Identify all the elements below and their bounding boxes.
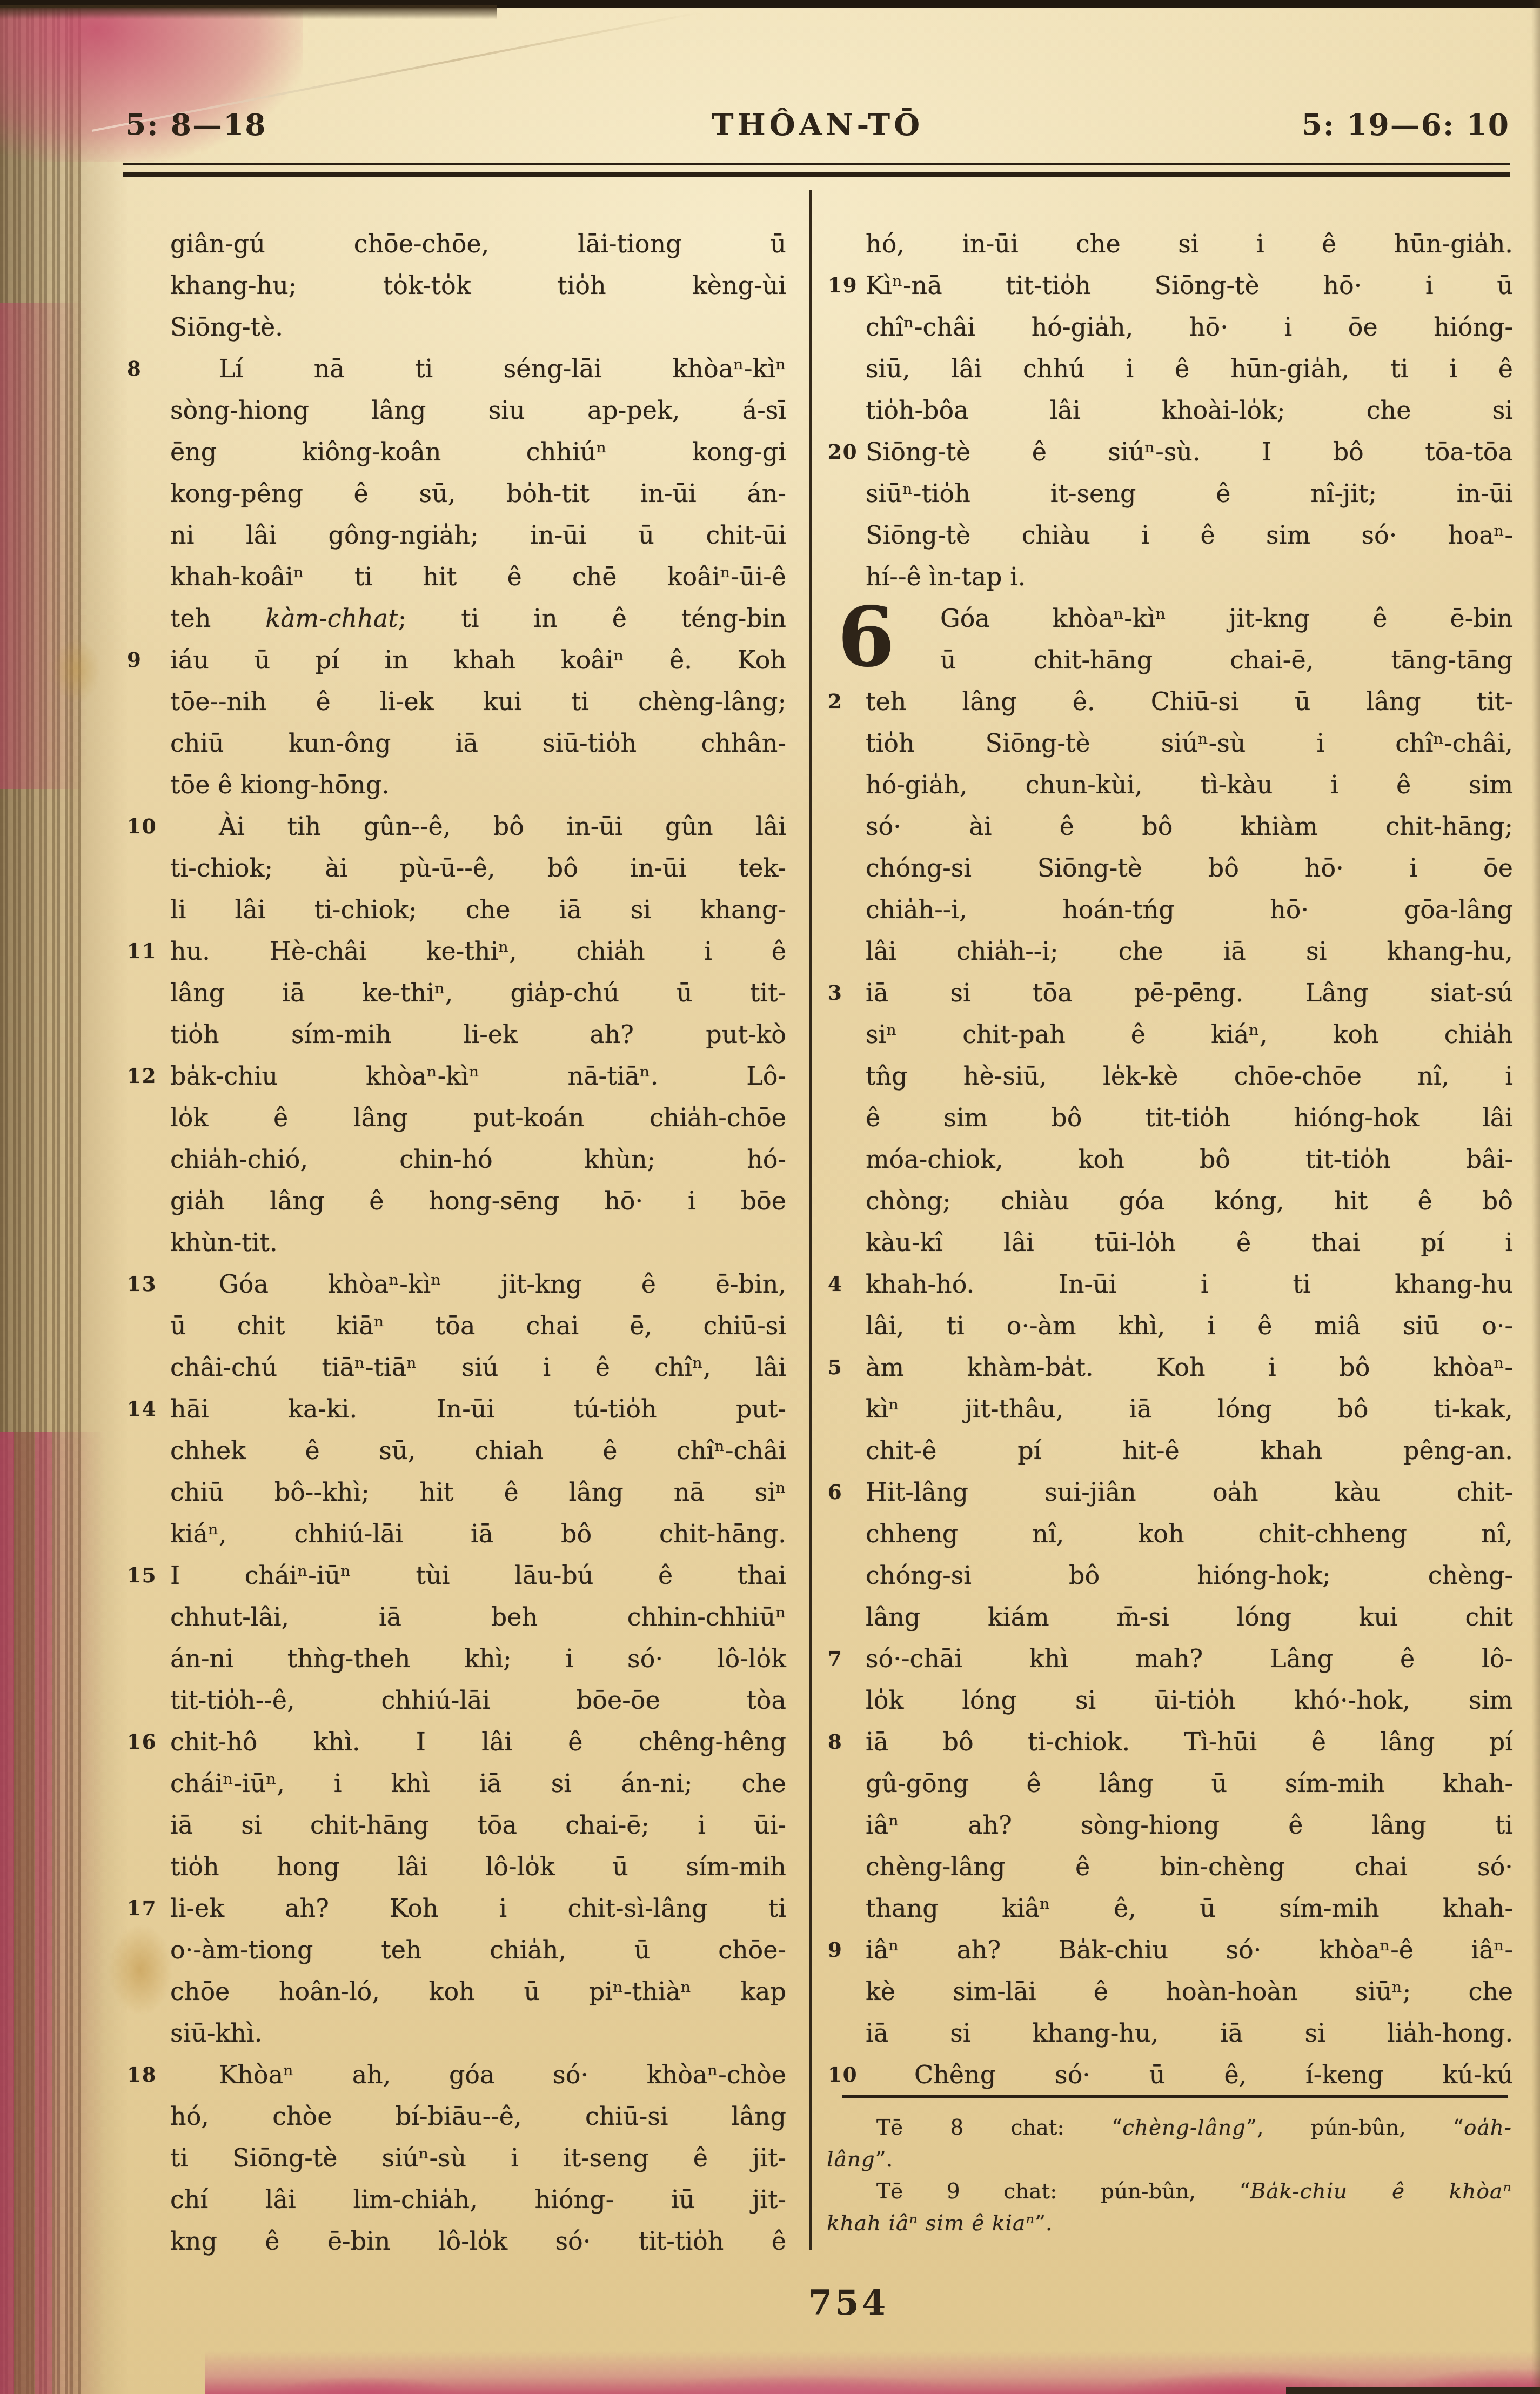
verse-text: lo̍k lóng si ūi-tio̍h khó·-hok, sim [866, 1686, 1513, 1715]
text-line: kàu-kî lâi tūi-lo̍h ê thai pí i [866, 1222, 1513, 1263]
text-line: ū chit kiāⁿ tōa chai ē, chiū-si [170, 1305, 786, 1347]
verse-text: Lí nā ti séng-lāi khòaⁿ-kìⁿ [219, 354, 786, 383]
verse-text: ”. [1035, 2211, 1052, 2236]
verse-text: Siōng-tè chiàu i ê sim só· hoaⁿ- [866, 520, 1513, 550]
verse-text: Chêng só· ū ê, í-keng kú-kú [914, 2060, 1513, 2089]
verse-text: chhek ê sū, chiah ê chîⁿ-châi [170, 1436, 786, 1465]
text-line: cháiⁿ-iūⁿ, i khì iā si án-ni; che [170, 1763, 786, 1804]
verse-text: Kìⁿ-nā tit-tio̍h Siōng-tè hō· i ū [866, 271, 1513, 300]
text-line: tōe--nih ê li-ek kui ti chèng-lâng; [170, 681, 786, 723]
text-line: tio̍h Siōng-tè siúⁿ-sù i chîⁿ-châi, [866, 723, 1513, 764]
verse-text: ū chit-hāng chai-ē, tāng-tāng [940, 645, 1513, 674]
verse-text: àm khàm-ba̍t. Koh i bô khòaⁿ- [866, 1353, 1513, 1382]
text-line: kong-pêng ê sū, bo̍h-tit in-ūi án- [170, 473, 786, 514]
footnote-separator-rule [842, 2095, 1508, 2098]
verse-text: Tē 8 chat: “ [876, 2116, 1122, 2140]
text-line: châi-chú tiāⁿ-tiāⁿ siú i ê chîⁿ, lâi [170, 1347, 786, 1388]
verse-number: 10 [828, 2055, 862, 2094]
verse-number: 19 [828, 266, 862, 305]
verse-text: chia̍h--i, hoán-tńg hō· gōa-lâng [866, 895, 1513, 924]
text-line: Tē 9 chat: pún-bûn, “Ba̍k-chiu ê khòaⁿ [827, 2176, 1512, 2208]
verse-text: tio̍h hong lâi lô-lo̍k ū sím-mih [170, 1852, 786, 1881]
text-line: 6Góa khòaⁿ-kìⁿ jit-kng ê ē-bin [866, 598, 1513, 639]
text-line: 18Khòaⁿ ah, góa só· khòaⁿ-chòe [170, 2054, 786, 2096]
verse-text: Siōng-tè ê siúⁿ-sù. I bô tōa-tōa [866, 437, 1513, 466]
verse-text: iā si khang-hu, iā si lia̍h-hong. [866, 2018, 1513, 2048]
text-line: thang kiâⁿ ê, ū sím-mih khah- [866, 1888, 1513, 1929]
text-line: chit-ê pí hit-ê khah pêng-an. [866, 1430, 1513, 1472]
verse-text: chóng-si Siōng-tè bô hō· i ōe [866, 853, 1513, 882]
verse-text: giân-gú chōe-chōe, lāi-tiong ū [170, 229, 786, 258]
text-line: lâng iā ke-thiⁿ, gia̍p-chú ū tit- [170, 972, 786, 1014]
verse-text: chia̍h-chió, chin-hó khùn; hó- [170, 1145, 786, 1174]
text-line: ti Siōng-tè siúⁿ-sù i it-seng ê jit- [170, 2137, 786, 2179]
verse-text: I cháiⁿ-iūⁿ tùi lāu-bú ê thai [170, 1561, 786, 1590]
text-line: 4khah-hó. In-ūi i ti khang-hu [866, 1263, 1513, 1305]
text-line: 20Siōng-tè ê siúⁿ-sù. I bô tōa-tōa [866, 431, 1513, 473]
verse-text: ”, pún-bûn, “ [1246, 2116, 1464, 2140]
column-divider-rule [809, 190, 812, 2250]
header-double-rule [123, 163, 1510, 177]
verse-text: móa-chiok, koh bô tit-tio̍h bâi- [866, 1145, 1513, 1174]
text-line: chòng; chiàu góa kóng, hit ê bô [866, 1180, 1513, 1222]
text-line: ēng kiông-koân chhiúⁿ kong-gi [170, 431, 786, 473]
text-line: hí--ê ìn-tap i. [866, 556, 1513, 598]
text-line: siūⁿ-tio̍h it-seng ê nî-jit; in-ūi [866, 473, 1513, 514]
verse-text: lo̍k ê lâng put-koán chia̍h-chōe [170, 1103, 786, 1132]
verse-number: 8 [828, 1722, 862, 1761]
text-line: móa-chiok, koh bô tit-tio̍h bâi- [866, 1139, 1513, 1180]
verse-text: hó, in-ūi che si i ê hūn-gia̍h. [866, 229, 1513, 258]
text-line: tio̍h hong lâi lô-lo̍k ū sím-mih [170, 1846, 786, 1888]
text-line: khah iâⁿ sim ê kiaⁿ”. [827, 2208, 1512, 2239]
verse-text: khang-hu; to̍k-to̍k tio̍h kèng-ùi [170, 271, 786, 300]
verse-text: iā si tōa pē-pēng. Lâng siat-sú [866, 978, 1513, 1007]
text-line: Siōng-tè chiàu i ê sim só· hoaⁿ- [866, 514, 1513, 556]
verse-text: siū, lâi chhú i ê hūn-gia̍h, ti i ê [866, 354, 1513, 383]
text-line: chia̍h-chió, chin-hó khùn; hó- [170, 1139, 786, 1180]
text-line: lâi, ti o·-àm khì, i ê miâ siū o·- [866, 1305, 1513, 1347]
text-line: kìⁿ jit-thâu, iā lóng bô ti-kak, [866, 1388, 1513, 1430]
verse-text: ; ti in ê téng-bin [398, 604, 786, 633]
italic-text: lâng [827, 2148, 875, 2172]
text-line: 5àm khàm-ba̍t. Koh i bô khòaⁿ- [866, 1347, 1513, 1388]
text-line: giân-gú chōe-chōe, lāi-tiong ū [170, 223, 786, 265]
text-line: chhut-lâi, iā beh chhin-chhiūⁿ [170, 1596, 786, 1638]
text-line: siⁿ chit-pah ê kiáⁿ, koh chia̍h [866, 1014, 1513, 1055]
verse-text: iâⁿ ah? Ba̍k-chiu só· khòaⁿ-ê iâⁿ- [866, 1935, 1513, 1964]
right-page-edge-shadow [1531, 0, 1540, 2394]
verse-number: 6 [828, 1473, 862, 1512]
verse-number: 9 [828, 1930, 862, 1969]
verse-text: ū chit kiāⁿ tōa chai ē, chiū-si [170, 1311, 786, 1340]
text-line: 16chit-hô khì. I lâi ê chêng-hêng [170, 1721, 786, 1763]
text-line: chîⁿ-châi hó-gia̍h, hō· i ōe hióng- [866, 306, 1513, 348]
verse-text: hāi ka-ki. In-ūi tú-tio̍h put- [170, 1394, 786, 1423]
text-line: kè sim-lāi ê hoàn-hoàn siūⁿ; che [866, 1971, 1513, 2012]
foxing-spot [52, 638, 101, 703]
verse-text: chîⁿ-châi hó-gia̍h, hō· i ōe hióng- [866, 312, 1513, 342]
text-line: tn̂g hè-siū, le̍k-kè chōe-chōe nî, i [866, 1055, 1513, 1097]
foxing-spot [108, 1924, 173, 2016]
verse-text: cháiⁿ-iūⁿ, i khì iā si án-ni; che [170, 1769, 786, 1798]
text-line: siū, lâi chhú i ê hūn-gia̍h, ti i ê [866, 348, 1513, 390]
verse-text: ēng kiông-koân chhiúⁿ kong-gi [170, 437, 786, 466]
text-line: tio̍h-bôa lâi khoài-lo̍k; che si [866, 390, 1513, 431]
verse-text: tn̂g hè-siū, le̍k-kè chōe-chōe nî, i [866, 1061, 1513, 1091]
verse-text: Góa khòaⁿ-kìⁿ jit-kng ê ē-bin [940, 604, 1513, 633]
right-text-column: hó, in-ūi che si i ê hūn-gia̍h.19Kìⁿ-nā … [866, 223, 1513, 2096]
verse-number: 13 [127, 1265, 167, 1303]
verse-text: sòng-hiong lâng siu ap-pek, á-sī [170, 396, 786, 425]
verse-text: kè sim-lāi ê hoàn-hoàn siūⁿ; che [866, 1977, 1513, 2006]
verse-text: gû-gōng ê lâng ū sím-mih khah- [866, 1769, 1513, 1798]
verse-text: ti-chiok; ài pù-ū--ê, bô in-ūi tek- [170, 853, 786, 882]
text-line: siū-khì. [170, 2012, 786, 2054]
verse-text: tōe ê kiong-hōng. [170, 770, 390, 799]
verse-text: ba̍k-chiu khòaⁿ-kìⁿ nā-tiāⁿ. Lô- [170, 1061, 786, 1091]
text-line: lo̍k ê lâng put-koán chia̍h-chōe [170, 1097, 786, 1139]
text-line: teh kàm-chhat; ti in ê téng-bin [170, 598, 786, 639]
text-line: chí lâi lim-chia̍h, hióng- iū jit- [170, 2179, 786, 2221]
verse-number: 7 [828, 1639, 862, 1678]
text-line: 10Ài tih gûn--ê, bô in-ūi gûn lâi [170, 806, 786, 847]
verse-text: lâi chia̍h--i; che iā si khang-hu, [866, 937, 1513, 966]
verse-text: kìⁿ jit-thâu, iā lóng bô ti-kak, [866, 1394, 1513, 1423]
text-line: 12ba̍k-chiu khòaⁿ-kìⁿ nā-tiāⁿ. Lô- [170, 1055, 786, 1097]
text-line: 19Kìⁿ-nā tit-tio̍h Siōng-tè hō· i ū [866, 265, 1513, 306]
book-page: 5: 8—18 THÔAN-TŌ 5: 19—6: 10 giân-gú chō… [0, 0, 1540, 2394]
verse-text: iâⁿ ah? sòng-hiong ê lâng ti [866, 1810, 1513, 1840]
verse-text: teh lâng ê. Chiū-si ū lâng tit- [866, 687, 1513, 716]
text-line: iâⁿ ah? sòng-hiong ê lâng ti [866, 1804, 1513, 1846]
verse-text: Ài tih gûn--ê, bô in-ūi gûn lâi [219, 812, 786, 841]
text-line: 8Lí nā ti séng-lāi khòaⁿ-kìⁿ [170, 348, 786, 390]
verse-text: khùn-tit. [170, 1228, 278, 1257]
verse-text: chóng-si bô hióng-hok; chèng- [866, 1561, 1513, 1590]
italic-text: kàm-chhat [265, 604, 398, 633]
verse-text: ni lâi gông-ngia̍h; in-ūi ū chit-ūi [170, 520, 786, 550]
verse-text: Khòaⁿ ah, góa só· khòaⁿ-chòe [219, 2060, 786, 2089]
text-line: Siōng-tè. [170, 306, 786, 348]
verse-text: Góa khòaⁿ-kìⁿ jit-kng ê ē-bin, [219, 1269, 786, 1299]
verse-text: iā bô ti-chiok. Tì-hūi ê lâng pí [866, 1727, 1513, 1756]
text-line: án-ni thǹg-theh khì; i só· lô-lo̍k [170, 1638, 786, 1680]
verse-text: iáu ū pí in khah koâiⁿ ê. Koh [170, 645, 786, 674]
verse-text: án-ni thǹg-theh khì; i só· lô-lo̍k [170, 1644, 786, 1673]
text-line: gû-gōng ê lâng ū sím-mih khah- [866, 1763, 1513, 1804]
verse-text: iā si chit-hāng tōa chai-ē; i ūi- [170, 1810, 786, 1840]
verse-text: tio̍h sím-mih li-ek ah? put-kò [170, 1020, 786, 1049]
verse-text: siū-khì. [170, 2018, 262, 2048]
verse-text: siⁿ chit-pah ê kiáⁿ, koh chia̍h [866, 1020, 1513, 1049]
top-board-shadow [0, 5, 497, 19]
text-line: 7só·-chāi khì mah? Lâng ê lô- [866, 1638, 1513, 1680]
verse-number: 20 [828, 432, 862, 471]
text-line: 11hu. Hè-châi ke-thiⁿ, chia̍h i ê [170, 931, 786, 972]
verse-number: 14 [127, 1389, 167, 1428]
verse-text: lâi, ti o·-àm khì, i ê miâ siū o·- [866, 1311, 1513, 1340]
text-line: chóng-si Siōng-tè bô hō· i ōe [866, 847, 1513, 889]
verse-text: chí lâi lim-chia̍h, hióng- iū jit- [170, 2185, 786, 2214]
text-line: tio̍h sím-mih li-ek ah? put-kò [170, 1014, 786, 1055]
text-line: 9iáu ū pí in khah koâiⁿ ê. Koh [170, 639, 786, 681]
running-head: 5: 8—18 THÔAN-TŌ 5: 19—6: 10 [125, 107, 1510, 142]
text-line: iā si khang-hu, iā si lia̍h-hong. [866, 2012, 1513, 2054]
verse-text: tio̍h-bôa lâi khoài-lo̍k; che si [866, 396, 1513, 425]
verse-number: 2 [828, 682, 862, 721]
text-line: 8iā bô ti-chiok. Tì-hūi ê lâng pí [866, 1721, 1513, 1763]
verse-number: 8 [127, 349, 167, 388]
red-edge-stain-bottom [0, 1432, 124, 2394]
text-line: ti-chiok; ài pù-ū--ê, bô in-ūi tek- [170, 847, 786, 889]
text-line: li lâi ti-chiok; che iā si khang- [170, 889, 786, 931]
text-line: hó, in-ūi che si i ê hūn-gia̍h. [866, 223, 1513, 265]
text-line: 15I cháiⁿ-iūⁿ tùi lāu-bú ê thai [170, 1555, 786, 1596]
text-line: lo̍k lóng si ūi-tio̍h khó·-hok, sim [866, 1680, 1513, 1721]
verse-text: siūⁿ-tio̍h it-seng ê nî-jit; in-ūi [866, 479, 1513, 508]
verse-text: ê sim bô tit-tio̍h hióng-hok lâi [866, 1103, 1513, 1132]
verse-text: hó-gia̍h, chun-kùi, tì-kàu i ê sim [866, 770, 1513, 799]
verse-text: tōe--nih ê li-ek kui ti chèng-lâng; [170, 687, 786, 716]
verse-range-right: 5: 19—6: 10 [1229, 107, 1510, 142]
italic-text: oa̍h- [1464, 2116, 1512, 2140]
text-line: khùn-tit. [170, 1222, 786, 1263]
verse-text: gia̍h lâng ê hong-sēng hō· i bōe [170, 1186, 786, 1215]
verse-number: 9 [127, 640, 167, 679]
verse-text: Hit-lâng sui-jiân oa̍h kàu chit- [866, 1477, 1513, 1507]
text-line: lâng”. [827, 2144, 1512, 2176]
verse-text: li-ek ah? Koh i chit-sì-lâng ti [170, 1894, 786, 1923]
book-title: THÔAN-TŌ [406, 107, 1229, 142]
verse-text: li lâi ti-chiok; che iā si khang- [170, 895, 786, 924]
verse-text: chheng nî, koh chit-chheng nî, [866, 1519, 1513, 1548]
verse-number: 15 [127, 1556, 167, 1595]
verse-text: thang kiâⁿ ê, ū sím-mih khah- [866, 1894, 1513, 1923]
italic-text: Ba̍k-chiu ê khòaⁿ [1250, 2179, 1512, 2204]
verse-text: chit-hô khì. I lâi ê chêng-hêng [170, 1727, 786, 1756]
text-line: khang-hu; to̍k-to̍k tio̍h kèng-ùi [170, 265, 786, 306]
text-line: o·-àm-tiong teh chia̍h, ū chōe- [170, 1929, 786, 1971]
text-line: 13Góa khòaⁿ-kìⁿ jit-kng ê ē-bin, [170, 1263, 786, 1305]
verse-text: chèng-lâng ê bin-chèng chai só· [866, 1852, 1513, 1881]
verse-text: chhut-lâi, iā beh chhin-chhiūⁿ [170, 1602, 786, 1631]
verse-number: 18 [127, 2055, 167, 2094]
text-line: kng ê ē-bin lô-lo̍k só· tit-tio̍h ê [170, 2221, 786, 2262]
verse-text: hu. Hè-châi ke-thiⁿ, chia̍h i ê [170, 937, 786, 966]
text-line: hó, chòe bí-biāu--ê, chiū-si lâng [170, 2096, 786, 2137]
verse-text: só·-chāi khì mah? Lâng ê lô- [866, 1644, 1513, 1673]
text-line: khah-koâiⁿ ti hit ê chē koâiⁿ-ūi-ê [170, 556, 786, 598]
text-line: kiáⁿ, chhiú-lāi iā bô chit-hāng. [170, 1513, 786, 1555]
verse-range-left: 5: 8—18 [125, 107, 406, 142]
text-line: lâng kiám m̄-si lóng kui chit [866, 1596, 1513, 1638]
text-line: chhek ê sū, chiah ê chîⁿ-châi [170, 1430, 786, 1472]
verse-text: só· ài ê bô khiàm chit-hāng; [866, 812, 1513, 841]
text-line: 2teh lâng ê. Chiū-si ū lâng tit- [866, 681, 1513, 723]
italic-text: khah iâⁿ sim ê kiaⁿ [827, 2211, 1035, 2236]
text-line: sòng-hiong lâng siu ap-pek, á-sī [170, 390, 786, 431]
bottom-board-edge [1286, 2387, 1540, 2394]
footnote-block: Tē 8 chat: “chèng-lâng”, pún-bûn, “oa̍h-… [827, 2112, 1512, 2239]
text-line: chèng-lâng ê bin-chèng chai só· [866, 1846, 1513, 1888]
verse-text: lâng kiám m̄-si lóng kui chit [866, 1602, 1513, 1631]
left-text-column: giân-gú chōe-chōe, lāi-tiong ūkhang-hu; … [170, 223, 786, 2262]
verse-text: chōe hoân-ló, koh ū piⁿ-thiàⁿ kap [170, 1977, 786, 2006]
text-line: ni lâi gông-ngia̍h; in-ūi ū chit-ūi [170, 514, 786, 556]
text-line: Tē 8 chat: “chèng-lâng”, pún-bûn, “oa̍h- [827, 2112, 1512, 2144]
verse-number: 17 [127, 1889, 167, 1928]
verse-text: kàu-kî lâi tūi-lo̍h ê thai pí i [866, 1228, 1513, 1257]
text-line: chiū kun-ông iā siū-tio̍h chhân- [170, 723, 786, 764]
text-line: chóng-si bô hióng-hok; chèng- [866, 1555, 1513, 1596]
verse-text: lâng iā ke-thiⁿ, gia̍p-chú ū tit- [170, 978, 786, 1007]
text-line: chiū bô--khì; hit ê lâng nā siⁿ [170, 1472, 786, 1513]
verse-text: o·-àm-tiong teh chia̍h, ū chōe- [170, 1935, 786, 1964]
verse-text: Tē 9 chat: pún-bûn, “ [876, 2179, 1250, 2204]
text-line: chheng nî, koh chit-chheng nî, [866, 1513, 1513, 1555]
text-line: 14hāi ka-ki. In-ūi tú-tio̍h put- [170, 1388, 786, 1430]
italic-text: chèng-lâng [1122, 2116, 1246, 2140]
verse-number: 3 [828, 973, 862, 1012]
verse-text: chòng; chiàu góa kóng, hit ê bô [866, 1186, 1513, 1215]
page-number: 754 [778, 2283, 919, 2323]
text-line: só· ài ê bô khiàm chit-hāng; [866, 806, 1513, 847]
verse-text: ”. [875, 2148, 893, 2172]
verse-number: 5 [828, 1348, 862, 1387]
text-line: tit-tio̍h--ê, chhiú-lāi bōe-ōe tòa [170, 1680, 786, 1721]
text-line: iā si chit-hāng tōa chai-ē; i ūi- [170, 1804, 786, 1846]
verse-text: kiáⁿ, chhiú-lāi iā bô chit-hāng. [170, 1519, 786, 1548]
text-line: 3iā si tōa pē-pēng. Lâng siat-sú [866, 972, 1513, 1014]
verse-text: teh [170, 604, 265, 633]
text-line: chia̍h--i, hoán-tńg hō· gōa-lâng [866, 889, 1513, 931]
verse-text: châi-chú tiāⁿ-tiāⁿ siú i ê chîⁿ, lâi [170, 1353, 786, 1382]
verse-number: 16 [127, 1722, 167, 1761]
text-line: lâi chia̍h--i; che iā si khang-hu, [866, 931, 1513, 972]
verse-text: Siōng-tè. [170, 312, 283, 342]
verse-number: 4 [828, 1265, 862, 1303]
text-line: ū chit-hāng chai-ē, tāng-tāng [866, 639, 1513, 681]
red-edge-stain-middle [0, 303, 86, 789]
text-line: 6Hit-lâng sui-jiân oa̍h kàu chit- [866, 1472, 1513, 1513]
text-line: chōe hoân-ló, koh ū piⁿ-thiàⁿ kap [170, 1971, 786, 2012]
verse-text: hí--ê ìn-tap i. [866, 562, 1026, 591]
verse-text: chiū kun-ông iā siū-tio̍h chhân- [170, 728, 786, 758]
text-line: 17li-ek ah? Koh i chit-sì-lâng ti [170, 1888, 786, 1929]
verse-text: ti Siōng-tè siúⁿ-sù i it-seng ê jit- [170, 2143, 786, 2172]
verse-text: khah-koâiⁿ ti hit ê chē koâiⁿ-ūi-ê [170, 562, 786, 591]
text-line: hó-gia̍h, chun-kùi, tì-kàu i ê sim [866, 764, 1513, 806]
verse-text: kng ê ē-bin lô-lo̍k só· tit-tio̍h ê [170, 2226, 786, 2256]
verse-number: 11 [127, 932, 167, 971]
verse-text: kong-pêng ê sū, bo̍h-tit in-ūi án- [170, 479, 786, 508]
verse-text: chiū bô--khì; hit ê lâng nā siⁿ [170, 1477, 786, 1507]
verse-number: 12 [127, 1056, 167, 1095]
text-line: ê sim bô tit-tio̍h hióng-hok lâi [866, 1097, 1513, 1139]
verse-number: 10 [127, 807, 167, 846]
verse-text: tio̍h Siōng-tè siúⁿ-sù i chîⁿ-châi, [866, 728, 1513, 758]
verse-text: khah-hó. In-ūi i ti khang-hu [866, 1269, 1513, 1299]
text-line: gia̍h lâng ê hong-sēng hō· i bōe [170, 1180, 786, 1222]
text-line: 10Chêng só· ū ê, í-keng kú-kú [866, 2054, 1513, 2096]
verse-text: chit-ê pí hit-ê khah pêng-an. [866, 1436, 1513, 1465]
text-line: 9iâⁿ ah? Ba̍k-chiu só· khòaⁿ-ê iâⁿ- [866, 1929, 1513, 1971]
verse-text: tit-tio̍h--ê, chhiú-lāi bōe-ōe tòa [170, 1686, 786, 1715]
text-line: tōe ê kiong-hōng. [170, 764, 786, 806]
verse-text: hó, chòe bí-biāu--ê, chiū-si lâng [170, 2102, 786, 2131]
